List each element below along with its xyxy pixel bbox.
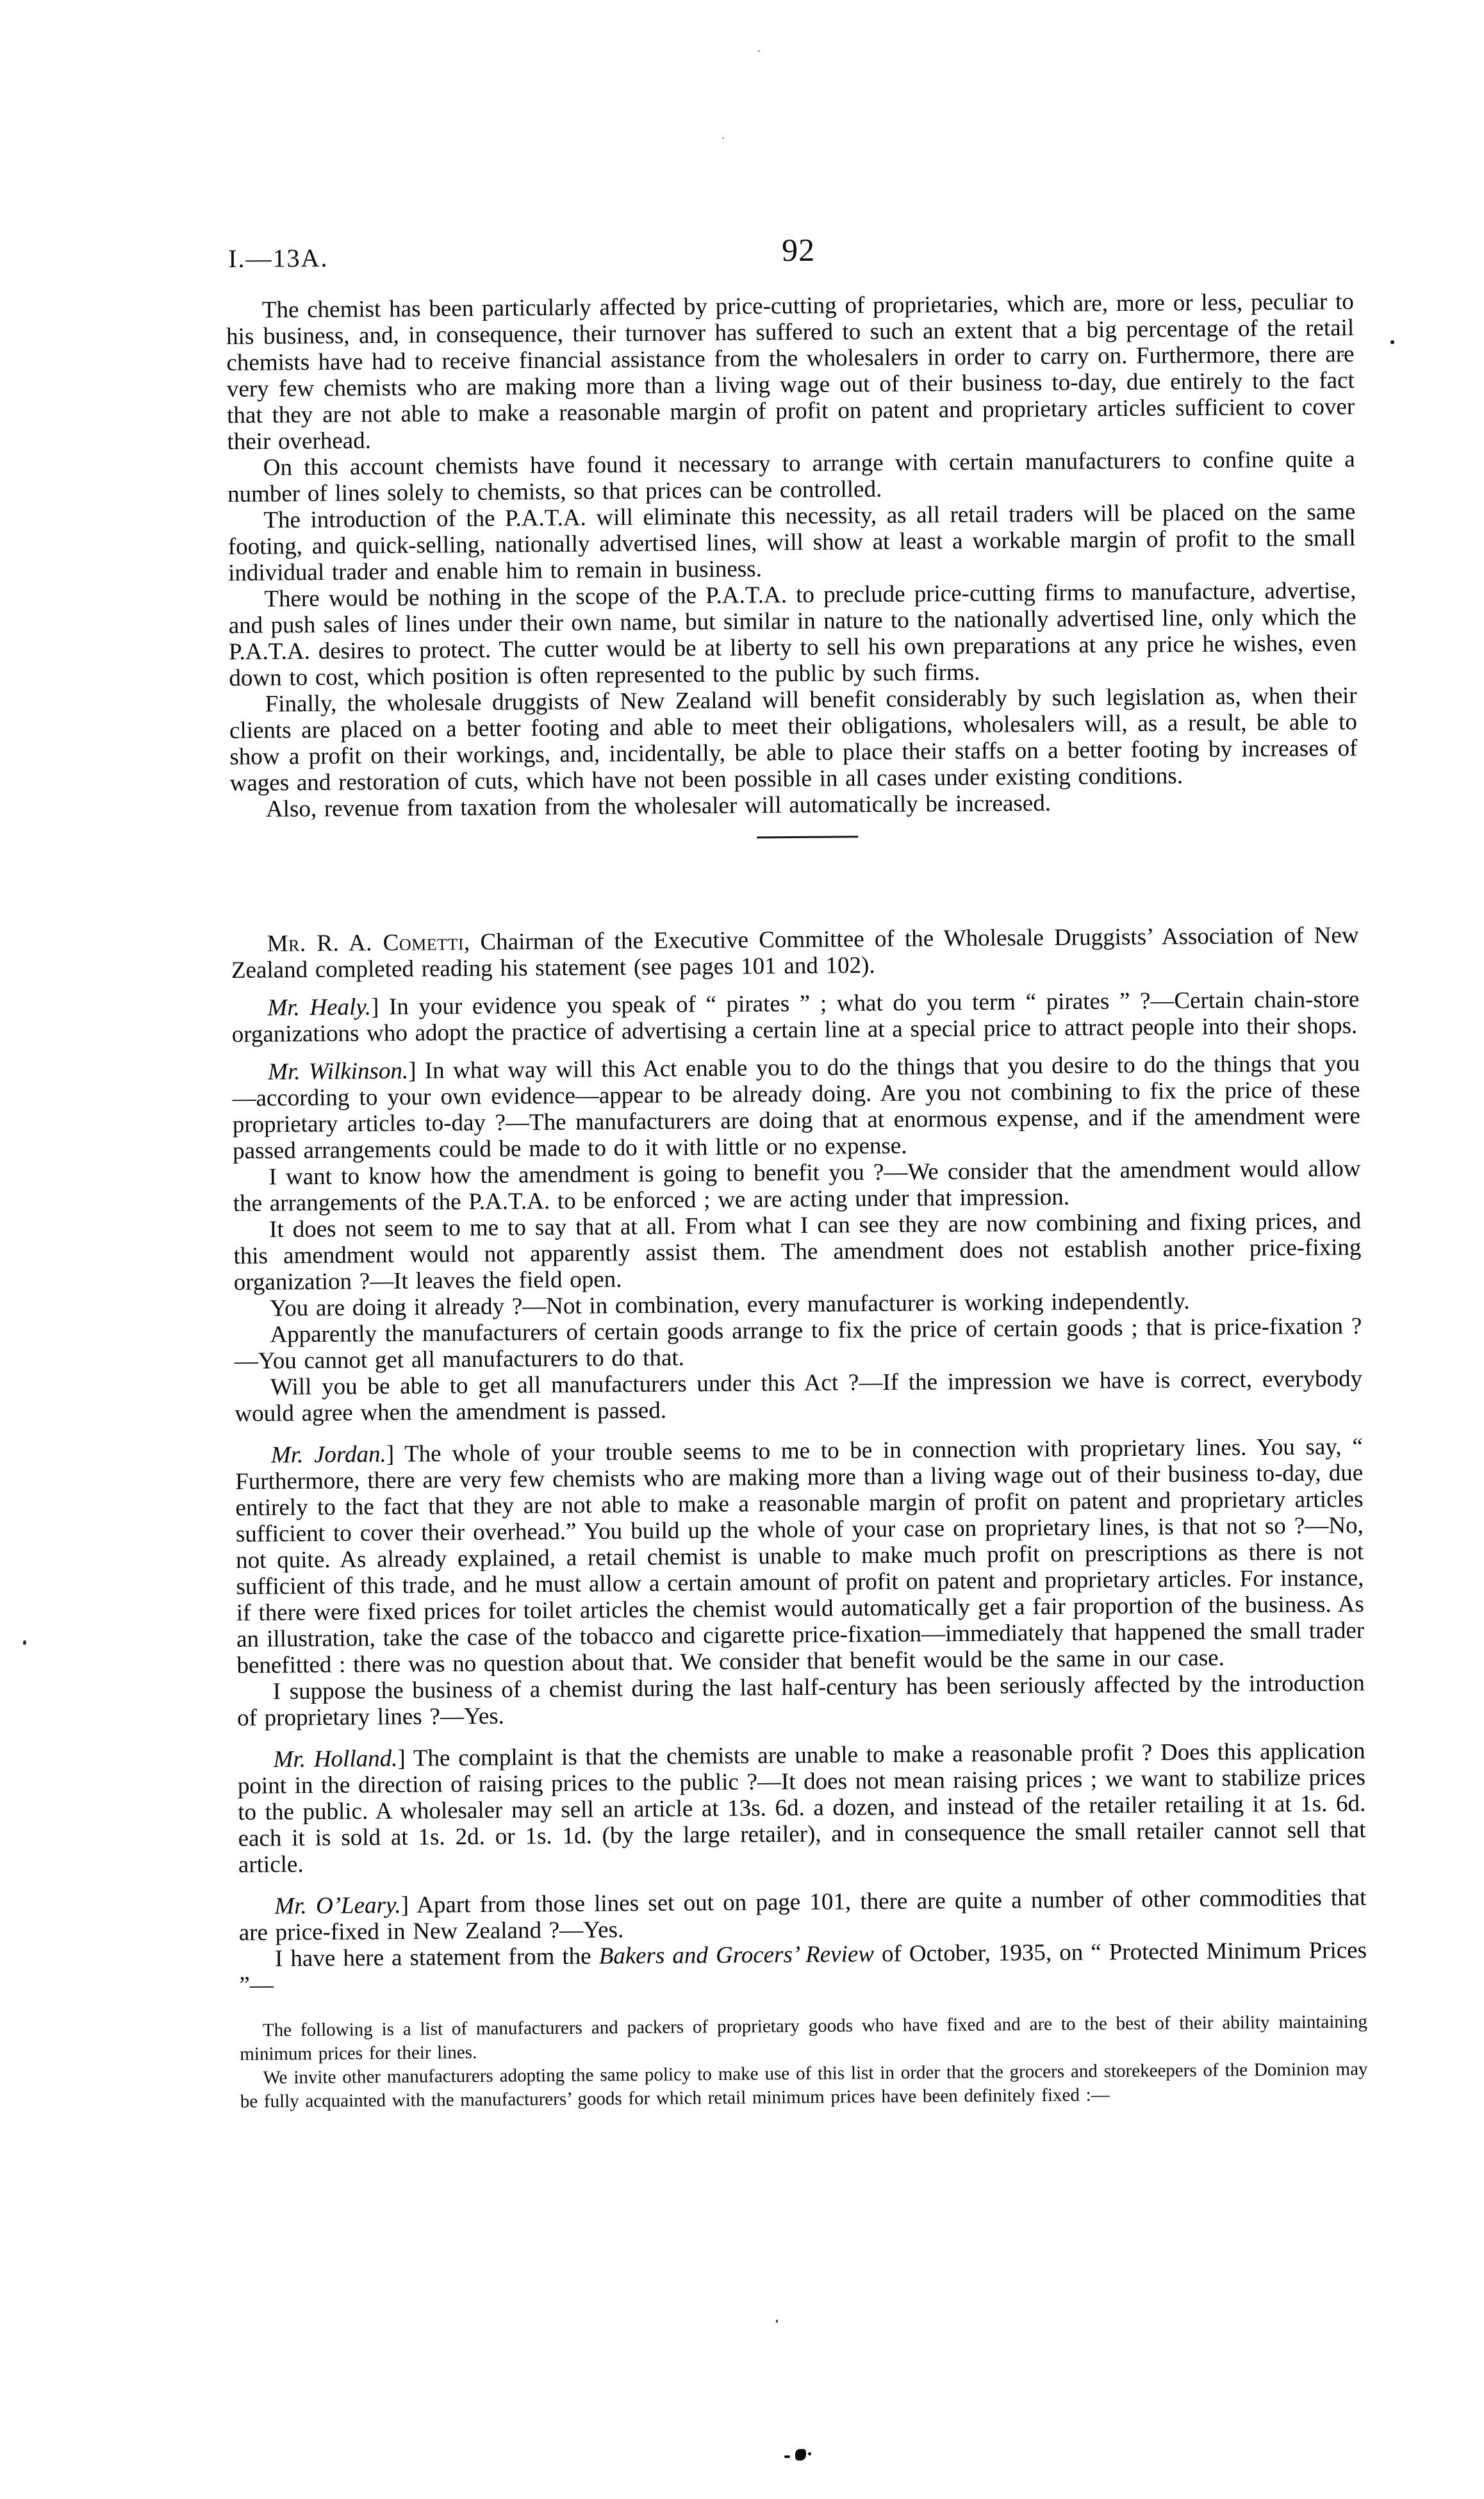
page-content: I.—13A. 92 The chemist has been particul…: [226, 229, 1368, 2114]
paragraph: I have here a statement from the Bakers …: [239, 1937, 1367, 1999]
paragraph: Mr. Wilkinson.] In what way will this Ac…: [232, 1050, 1360, 1164]
ink-speck: [722, 137, 724, 139]
text-segment: Mr. O’Leary.: [274, 1892, 401, 1920]
text-segment: Mr. Healy.: [267, 994, 371, 1021]
text-segment: The introduction of the P.A.T.A. will el…: [228, 499, 1356, 586]
section-divider: [757, 836, 858, 838]
text-segment: Will you be able to get all manufacturer…: [235, 1365, 1362, 1427]
text-segment: On this account chemists have found it n…: [227, 446, 1355, 507]
paragraph: Mr. R. A. Cometti, Chairman of the Execu…: [231, 922, 1359, 984]
text-segment: I have here a statement from the: [275, 1943, 599, 1972]
text-segment: Mr. Wilkinson.: [268, 1058, 408, 1085]
statement-section: The chemist has been particularly affect…: [226, 288, 1358, 823]
body-text: The chemist has been particularly affect…: [226, 288, 1368, 2114]
paragraph: I suppose the business of a chemist duri…: [237, 1670, 1365, 1731]
paragraph: Mr. O’Leary.] Apart from those lines set…: [238, 1885, 1367, 1946]
doc-ref: I.—13A.: [228, 243, 329, 274]
paragraph: Mr. Jordan.] The whole of your trouble s…: [235, 1433, 1365, 1679]
paragraph: The introduction of the P.A.T.A. will el…: [227, 499, 1356, 586]
paragraph: On this account chemists have found it n…: [227, 446, 1356, 507]
paragraph: Will you be able to get all manufacturer…: [235, 1365, 1363, 1427]
text-segment: ] Apart from those lines set out on page…: [239, 1885, 1367, 1946]
page-number: 92: [782, 231, 815, 268]
text-segment: The following is a list of manufacturers…: [240, 2011, 1367, 2065]
paragraph: There would be nothing in the scope of t…: [228, 577, 1356, 691]
ink-blot-dot: [808, 2452, 811, 2455]
text-segment: Also, revenue from taxation from the who…: [266, 790, 1051, 823]
text-segment: We invite other manufacturers adopting t…: [240, 2059, 1368, 2112]
ink-blot-dash: [784, 2455, 790, 2458]
paragraph: I want to know how the amendment is goin…: [233, 1155, 1361, 1217]
text-segment: Apparently the manufacturers of certain …: [235, 1313, 1362, 1374]
ink-speck: [23, 1640, 26, 1645]
text-segment: ] The complaint is that the chemists are…: [238, 1738, 1366, 1878]
ink-speck: [758, 50, 760, 52]
text-segment: It does not seem to me to say that at al…: [233, 1208, 1361, 1296]
text-segment: Mr. Jordan.: [271, 1441, 386, 1468]
paragraph: The chemist has been particularly affect…: [226, 288, 1355, 455]
ink-blot: [795, 2449, 806, 2461]
paragraph: Mr. Holland.] The complaint is that the …: [237, 1738, 1366, 1878]
text-segment: Mr. R. A. Cometti: [267, 929, 464, 957]
text-segment: There would be nothing in the scope of t…: [229, 577, 1357, 691]
paragraph: We invite other manufacturers adopting t…: [240, 2058, 1368, 2114]
page-header: I.—13A. 92: [226, 229, 1353, 272]
paragraph: Mr. Healy.] In your evidence you speak o…: [231, 986, 1360, 1048]
ink-speck: [1342, 354, 1344, 356]
ink-speck: [776, 2320, 778, 2323]
text-segment: Finally, the wholesale druggists of New …: [229, 682, 1358, 796]
text-segment: ] In your evidence you speak of “ pirate…: [232, 986, 1360, 1048]
paragraph: The following is a list of manufacturers…: [240, 2010, 1368, 2066]
text-segment: Mr. Holland.: [273, 1745, 397, 1773]
scanned-document-page: I.—13A. 92 The chemist has been particul…: [0, 0, 1484, 2499]
testimony-section: Mr. R. A. Cometti, Chairman of the Execu…: [231, 922, 1367, 1999]
paragraph: Finally, the wholesale druggists of New …: [229, 682, 1358, 796]
text-segment: Bakers and Grocers’ Review: [598, 1941, 874, 1969]
paragraph: Apparently the manufacturers of certain …: [234, 1313, 1362, 1374]
small-print-section: The following is a list of manufacturers…: [240, 2010, 1368, 2114]
text-segment: ] The whole of your trouble seems to me …: [235, 1433, 1364, 1679]
paragraph: It does not seem to me to say that at al…: [233, 1208, 1362, 1296]
text-segment: I suppose the business of a chemist duri…: [237, 1670, 1365, 1731]
text-segment: I want to know how the amendment is goin…: [233, 1155, 1361, 1217]
ink-speck: [1390, 340, 1394, 344]
text-segment: The chemist has been particularly affect…: [226, 288, 1355, 455]
